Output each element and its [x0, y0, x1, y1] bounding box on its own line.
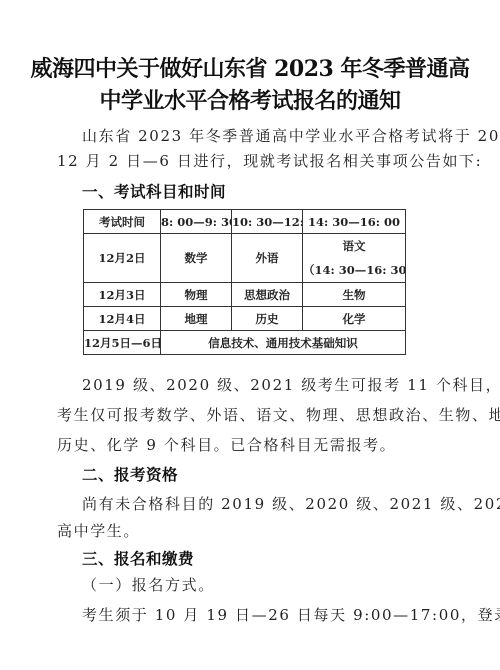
section-2-heading: 二、报考资格: [82, 463, 178, 485]
subject-cell: 外语: [232, 234, 303, 283]
table-header-row: 考试时间 8: 00—9: 30 10: 30—12: 00 14: 30—16…: [84, 210, 406, 234]
section-1-para-line-1: 2019 级、2020 级、2021 级考生可报考 11 个科目，2022 级: [82, 374, 500, 395]
table-row: 12月3日 物理 思想政治 生物: [84, 283, 406, 307]
subject-cell: 数学: [161, 234, 232, 283]
table-row: 12月2日 数学 外语 语文 （14: 30—16: 30）: [84, 234, 406, 283]
subject-time-note: （14: 30—16: 30）: [303, 258, 405, 282]
section-2-para-line-2: 高中学生。: [57, 520, 140, 541]
subject-cell: 化学: [303, 307, 406, 331]
exam-schedule-table: 考试时间 8: 00—9: 30 10: 30—12: 00 14: 30—16…: [83, 209, 406, 355]
document-title-line-2: 中学业水平合格考试报名的通知: [0, 84, 500, 115]
header-cell-exam-time: 考试时间: [84, 210, 161, 234]
section-1-para-line-3: 历史、化学 9 个科目。已合格科目无需报考。: [57, 434, 396, 455]
date-cell: 12月3日: [84, 283, 161, 307]
subject-cell-merged: 信息技术、通用技术基础知识: [161, 331, 406, 355]
subject-cell: 思想政治: [232, 283, 303, 307]
date-cell: 12月5日—6日: [84, 331, 161, 355]
subject-cell: 历史: [232, 307, 303, 331]
date-cell: 12月2日: [84, 234, 161, 283]
section-2-para-line-1: 尚有未合格科目的 2019 级、2020 级、2021 级、2022 级普通: [82, 493, 500, 514]
section-3-heading: 三、报名和缴费: [82, 547, 194, 569]
subject-cell-chinese: 语文 （14: 30—16: 30）: [303, 234, 406, 283]
subsection-3-1-line-1: 考生须于 10 月 19 日—26 日每天 9:00—17:00，登录报名系: [82, 604, 500, 625]
intro-line-2: 12 月 2 日—6 日进行，现就考试报名相关事项公告如下:: [57, 150, 482, 171]
header-cell-slot-3: 14: 30—16: 00: [303, 210, 406, 234]
table-row: 12月4日 地理 历史 化学: [84, 307, 406, 331]
document-title-line-1: 威海四中关于做好山东省 2023 年冬季普通高: [0, 52, 500, 83]
subsection-3-1-heading: （一）报名方式。: [82, 574, 215, 595]
subject-cell: 地理: [161, 307, 232, 331]
section-1-para-line-2: 考生仅可报考数学、外语、语文、物理、思想政治、生物、地理、: [57, 404, 500, 425]
table-row: 12月5日—6日 信息技术、通用技术基础知识: [84, 331, 406, 355]
date-cell: 12月4日: [84, 307, 161, 331]
subject-name: 语文: [303, 234, 405, 258]
header-cell-slot-2: 10: 30—12: 00: [232, 210, 303, 234]
subject-cell: 物理: [161, 283, 232, 307]
section-1-heading: 一、考试科目和时间: [82, 180, 226, 202]
header-cell-slot-1: 8: 00—9: 30: [161, 210, 232, 234]
intro-line-1: 山东省 2023 年冬季普通高中学业水平合格考试将于 2023 年: [82, 125, 500, 146]
subject-cell: 生物: [303, 283, 406, 307]
